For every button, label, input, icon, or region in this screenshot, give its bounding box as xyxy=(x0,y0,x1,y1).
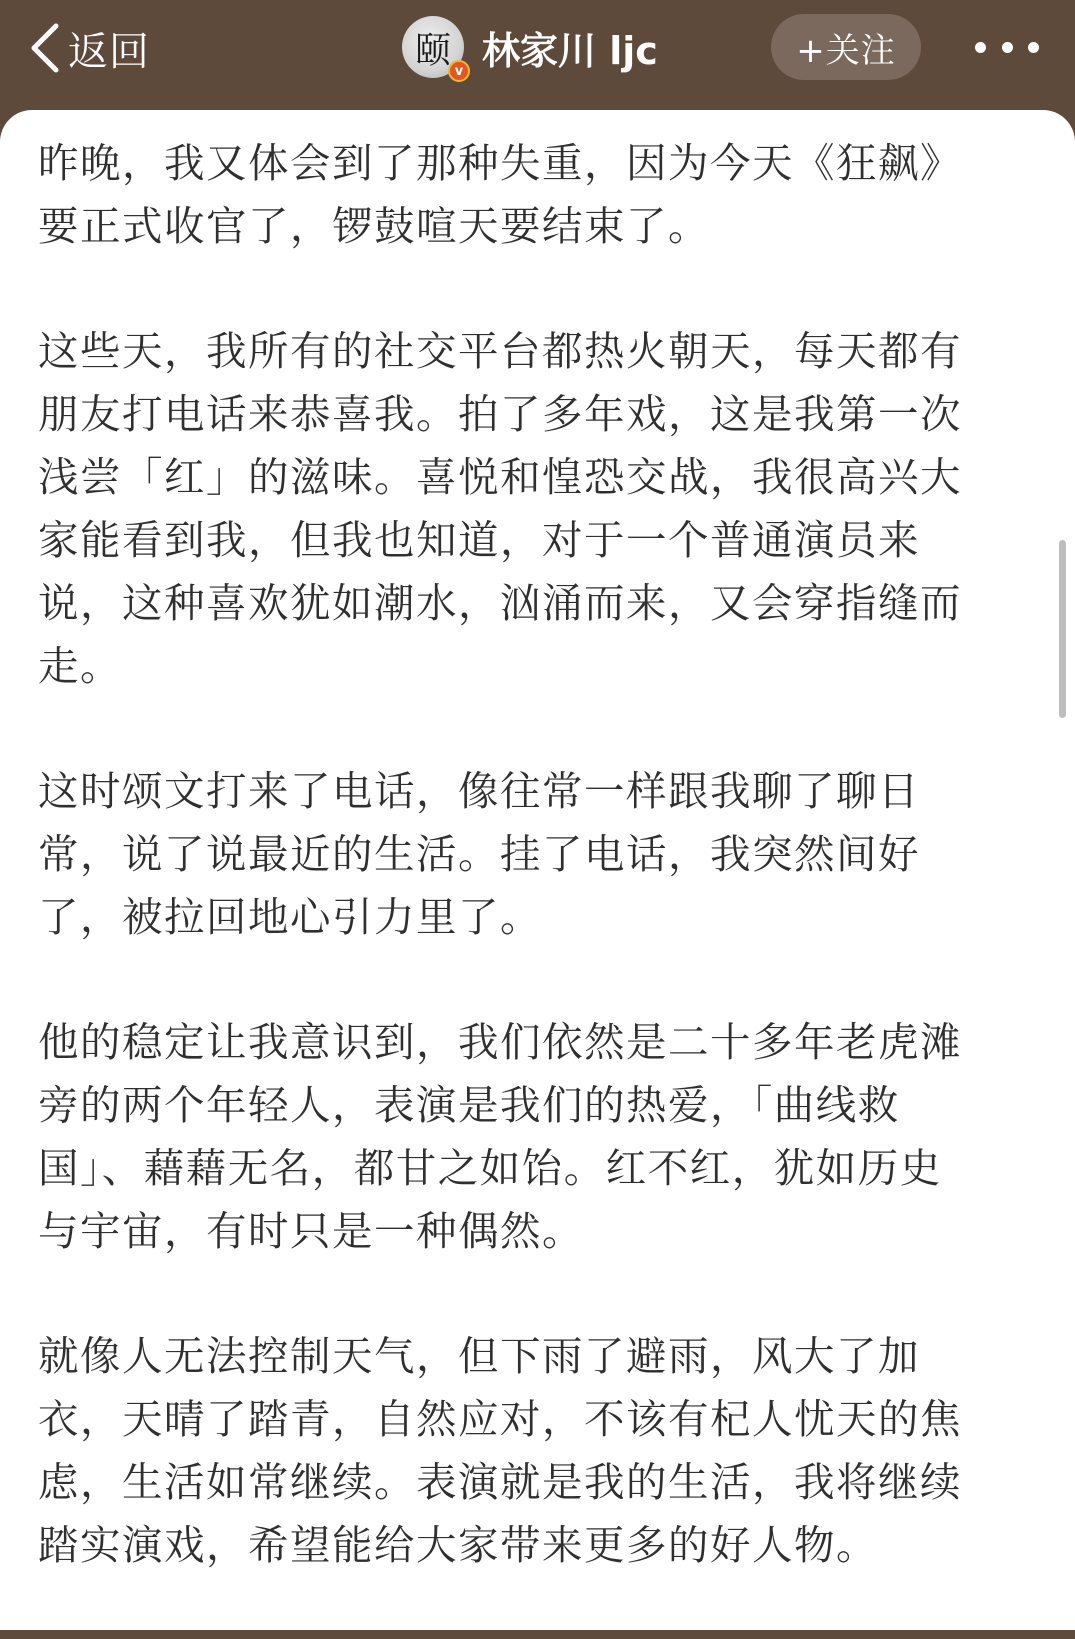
more-options-button[interactable] xyxy=(975,38,1039,56)
post-paragraph: 他的稳定让我意识到，我们依然是二十多年老虎滩 旁的两个年轻人，表演是我们的热爱，… xyxy=(38,1011,1038,1263)
chevron-left-icon xyxy=(28,22,62,74)
profile-header: 颐 v 林家川 ljc xyxy=(402,14,658,80)
post-body: 昨晚，我又体会到了那种失重，因为今天《狂飙》 要正式收官了，锣鼓喧天要结束了。 … xyxy=(38,132,1038,1600)
post-content-card: 昨晚，我又体会到了那种失重，因为今天《狂飙》 要正式收官了，锣鼓喧天要结束了。 … xyxy=(0,110,1075,1600)
follow-button[interactable]: +关注 xyxy=(771,14,921,80)
back-button[interactable]: 返回 xyxy=(28,18,150,78)
text-line: 浅尝「红」的滋味。喜悦和惶恐交战，我很高兴大 xyxy=(38,446,1038,509)
text-line: 衣，天晴了踏青，自然应对，不该有杞人忧天的焦 xyxy=(38,1388,1038,1451)
verified-badge-icon: v xyxy=(448,60,470,82)
text-line: 旁的两个年轻人，表演是我们的热爱，「曲线救 xyxy=(38,1074,1038,1137)
text-line: 朋友打电话来恭喜我。拍了多年戏，这是我第一次 xyxy=(38,383,1038,446)
text-line: 这些天，我所有的社交平台都热火朝天，每天都有 xyxy=(38,320,1038,383)
text-line: 走。 xyxy=(38,635,1038,698)
text-line: 与宇宙，有时只是一种偶然。 xyxy=(38,1200,1038,1263)
post-paragraph: 昨晚，我又体会到了那种失重，因为今天《狂飙》 要正式收官了，锣鼓喧天要结束了。 xyxy=(38,132,1038,258)
text-line: 昨晚，我又体会到了那种失重，因为今天《狂飙》 xyxy=(38,132,1038,195)
more-dot-icon xyxy=(1002,42,1013,53)
text-line: 家能看到我，但我也知道，对于一个普通演员来 xyxy=(38,509,1038,572)
post-paragraph: 就像人无法控制天气，但下雨了避雨，风大了加 衣，天晴了踏青，自然应对，不该有杞人… xyxy=(38,1325,1038,1577)
more-dot-icon xyxy=(975,42,986,53)
vertical-scrollbar[interactable] xyxy=(1059,540,1066,718)
text-line: 就像人无法控制天气，但下雨了避雨，风大了加 xyxy=(38,1325,1038,1388)
avatar[interactable]: 颐 v xyxy=(402,16,464,78)
text-line: 这时颂文打来了电话，像往常一样跟我聊了聊日 xyxy=(38,760,1038,823)
post-paragraph: 这些天，我所有的社交平台都热火朝天，每天都有 朋友打电话来恭喜我。拍了多年戏，这… xyxy=(38,320,1038,698)
text-line: 要正式收官了，锣鼓喧天要结束了。 xyxy=(38,195,1038,258)
top-navigation-bar: 返回 颐 v 林家川 ljc +关注 xyxy=(0,0,1075,112)
post-paragraph: 这时颂文打来了电话，像往常一样跟我聊了聊日 常，说了说最近的生活。挂了电话，我突… xyxy=(38,760,1038,949)
back-label: 返回 xyxy=(68,20,150,77)
text-line: 虑，生活如常继续。表演就是我的生活，我将继续 xyxy=(38,1451,1038,1514)
text-line: 他的稳定让我意识到，我们依然是二十多年老虎滩 xyxy=(38,1011,1038,1074)
text-line: 说，这种喜欢犹如潮水，汹涌而来，又会穿指缝而 xyxy=(38,572,1038,635)
text-line: 常，说了说最近的生活。挂了电话，我突然间好 xyxy=(38,823,1038,886)
text-line: 了，被拉回地心引力里了。 xyxy=(38,886,1038,949)
more-dot-icon xyxy=(1028,42,1039,53)
text-line: 国」、藉藉无名，都甘之如饴。红不红，犹如历史 xyxy=(38,1137,1038,1200)
text-line: 踏实演戏，希望能给大家带来更多的好人物。 xyxy=(38,1514,1038,1577)
avatar-glyph: 颐 xyxy=(415,22,451,73)
username[interactable]: 林家川 ljc xyxy=(482,20,658,75)
